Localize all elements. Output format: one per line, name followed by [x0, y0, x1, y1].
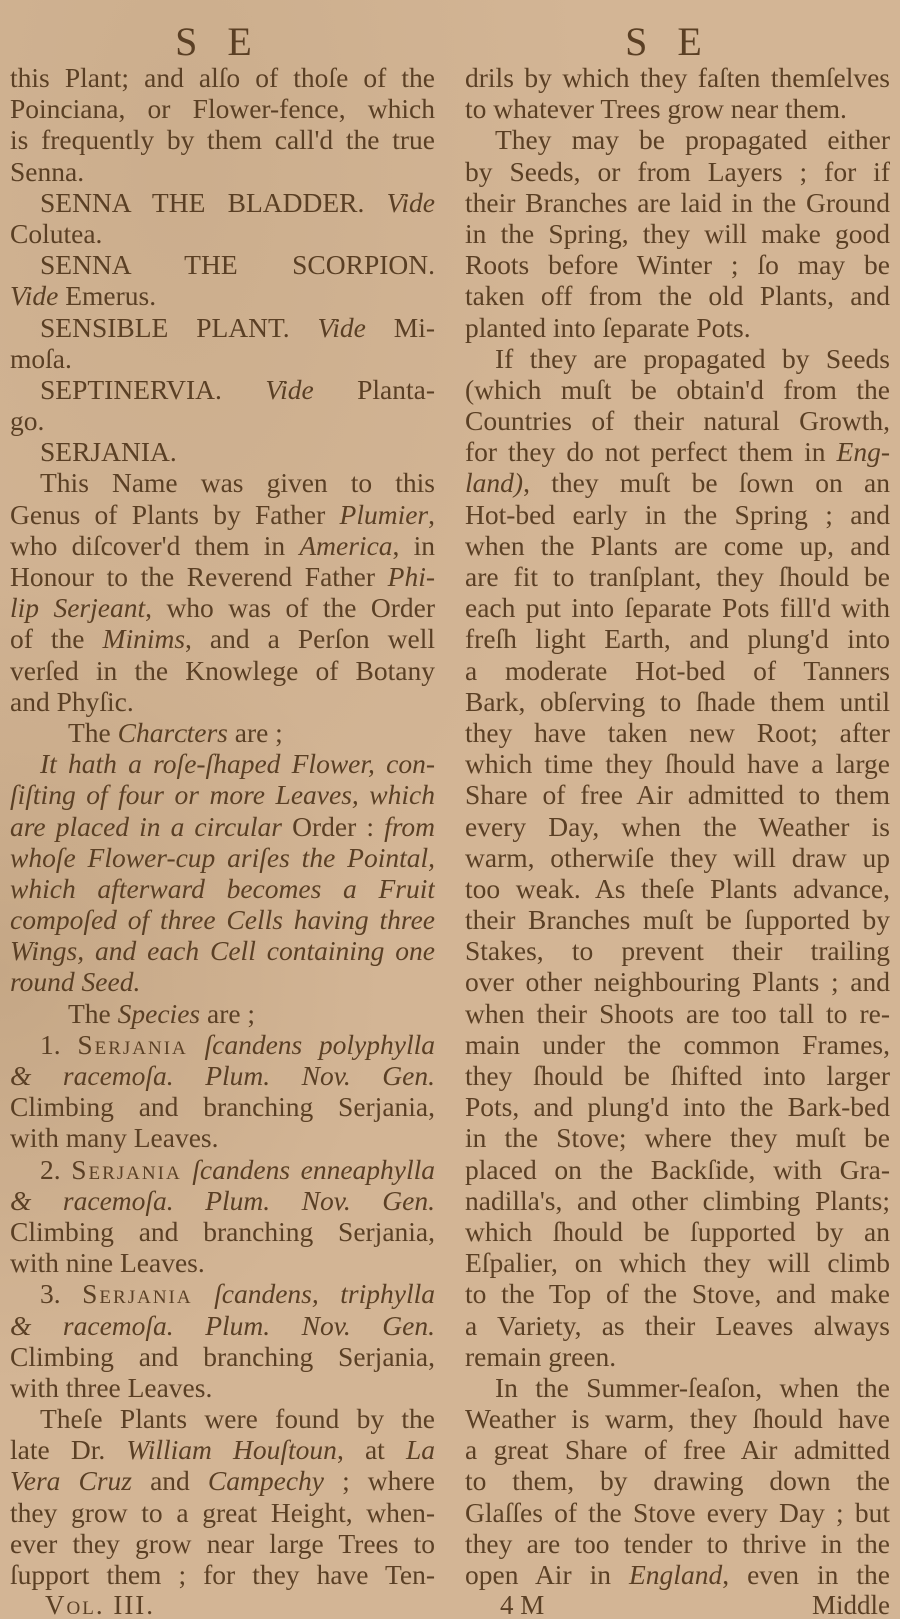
text-segment: is frequently by them call'd the true [10, 124, 435, 155]
italic-text: & racemoſa. Plum. Nov. Gen. [10, 1185, 435, 1216]
text-segment: this Plant; and alſo of thoſe of the [10, 62, 435, 93]
text-line: Vide Emerus. [10, 280, 435, 311]
text-line: which time they ſhould have a large [465, 748, 890, 779]
text-line: & racemoſa. Plum. Nov. Gen. [10, 1185, 435, 1216]
italic-text: La [406, 1434, 435, 1465]
italic-text: Campechy [208, 1465, 324, 1496]
text-segment: are ; [200, 998, 255, 1029]
text-segment: , and a Perſon well [185, 623, 435, 654]
left-running-head: S E [10, 0, 435, 62]
italic-text: William Houſtoun [126, 1434, 337, 1465]
text-segment: Stakes, to prevent their trailing [465, 935, 890, 966]
italic-text: Vide [387, 187, 435, 218]
text-segment: verſed in the Knowlege of Botany [10, 655, 435, 686]
text-segment: Serjania [77, 1029, 187, 1060]
text-segment: Theſe Plants were found by the [40, 1403, 435, 1434]
text-line: go. [10, 405, 435, 436]
text-line: & racemoſa. Plum. Nov. Gen. [10, 1060, 435, 1091]
text-line: Eſpalier, on which they will climb [465, 1247, 890, 1278]
italic-text: Vide [318, 312, 366, 343]
italic-text: America [299, 530, 392, 561]
text-line: nadilla's, and other climbing Plants; [465, 1185, 890, 1216]
text-segment: Pots, and plung'd into the Bark-bed [465, 1091, 890, 1122]
text-segment: The [68, 717, 118, 748]
text-segment: Honour to the Reverend Father [10, 561, 388, 592]
text-line: land), they muſt be ſown on an [465, 467, 890, 498]
text-segment: Emerus. [58, 280, 156, 311]
text-segment: and Phyſic. [10, 686, 134, 717]
italic-text: from [384, 811, 435, 842]
italic-text: Wings, and each Cell containing one [10, 935, 435, 966]
italic-text: Vide [265, 374, 313, 405]
italic-text: Vera Cruz [10, 1465, 132, 1496]
italic-text: are placed in a circular [10, 811, 282, 842]
text-segment: in the Stove; where they muſt be [465, 1122, 890, 1153]
text-segment: SENNA THE SCORPION. [40, 249, 435, 280]
text-line: their Branches are laid in the Ground [465, 187, 890, 218]
italic-text: land) [465, 467, 523, 498]
text-line: to whatever Trees grow near them. [465, 93, 890, 124]
text-line: Climbing and branching Serjania, [10, 1341, 435, 1372]
text-segment: a great Share of free Air admitted [465, 1434, 890, 1465]
text-line: this Plant; and alſo of thoſe of the [10, 62, 435, 93]
text-line: Bark, obſerving to ſhade them until [465, 686, 890, 717]
italic-text: & racemoſa. Plum. Nov. Gen. [10, 1310, 435, 1341]
text-segment: nadilla's, and other climbing Plants; [465, 1185, 890, 1216]
text-segment: over other neighbouring Plants ; and [465, 966, 890, 997]
italic-text: ſcandens enneaphylla [182, 1154, 435, 1185]
text-segment: which time they ſhould have a large [465, 748, 890, 779]
text-segment: 2. [40, 1154, 71, 1185]
italic-text: Plumier [340, 499, 429, 530]
text-line: to them, by drawing down the [465, 1465, 890, 1496]
text-line: SENSIBLE PLANT. Vide Mi- [10, 312, 435, 343]
text-line: Vera Cruz and Campechy ; where [10, 1465, 435, 1496]
text-segment: with nine Leaves. [10, 1247, 205, 1278]
text-segment: which ſhould be ſupported by an [465, 1216, 890, 1247]
text-segment: This Name was given to this [40, 467, 435, 498]
text-line: in the Spring, they will make good [465, 218, 890, 249]
text-segment: by Seeds, or from Layers ; for if [465, 156, 890, 187]
text-line: their Branches muſt be ſupported by [465, 904, 890, 935]
text-segment: If they are propagated by Seeds [495, 343, 890, 374]
text-segment: drils by which they faſten themſelves [465, 62, 890, 93]
text-segment: Genus of Plants by Father [10, 499, 340, 530]
text-line: is frequently by them call'd the true [10, 124, 435, 155]
text-line: with nine Leaves. [10, 1247, 435, 1278]
text-line: of the Minims, and a Perſon well [10, 623, 435, 654]
text-line: SENNA THE BLADDER. Vide [10, 187, 435, 218]
italic-text: ſcandens polyphylla [188, 1029, 435, 1060]
text-segment: their Branches are laid in the Ground [465, 187, 890, 218]
text-segment: 3. [40, 1278, 82, 1309]
text-line: Colutea. [10, 218, 435, 249]
italic-text: lip Serjeant [10, 592, 145, 623]
text-segment: SENSIBLE PLANT. [40, 312, 318, 343]
italic-text: Species [118, 998, 200, 1029]
text-segment: open Air in [465, 1559, 629, 1590]
text-segment: They may be propagated either [495, 124, 890, 155]
text-line: The Charᴄters are ; [10, 717, 435, 748]
text-line: Theſe Plants were found by the [10, 1403, 435, 1434]
italic-text: round Seed. [10, 966, 140, 997]
text-line: In the Summer-ſeaſon, when the [465, 1372, 890, 1403]
text-segment: Climbing and branching Serjania, [10, 1216, 435, 1247]
text-segment: they ſhould be ſhifted into larger [465, 1060, 890, 1091]
text-line: when their Shoots are too tall to re- [465, 998, 890, 1029]
text-segment: are fit to tranſplant, they ſhould be [465, 561, 890, 592]
text-segment: with three Leaves. [10, 1372, 212, 1403]
text-line: ſupport them ; for they have Ten- [10, 1559, 435, 1590]
text-segment: ; where [324, 1465, 435, 1496]
text-line: Stakes, to prevent their trailing [465, 935, 890, 966]
text-segment: and [132, 1465, 208, 1496]
italic-text: & racemoſa. Plum. Nov. Gen. [10, 1060, 435, 1091]
text-segment: Planta- [314, 374, 435, 405]
text-segment: go. [10, 405, 44, 436]
text-line: This Name was given to this [10, 467, 435, 498]
text-line: taken off from the old Plants, and [465, 280, 890, 311]
text-line: Climbing and branching Serjania, [10, 1091, 435, 1122]
italic-text: whoſe Flower-cup ariſes the Pointal, [10, 842, 435, 873]
text-line: they grow to a great Height, when- [10, 1497, 435, 1528]
text-line: It hath a roſe-ſhaped Flower, con- [10, 748, 435, 779]
text-line: every Day, when the Weather is [465, 811, 890, 842]
text-segment: they are too tender to thrive in the [465, 1528, 890, 1559]
text-line: a moderate Hot-bed of Tanners [465, 655, 890, 686]
text-line: main under the common Frames, [465, 1029, 890, 1060]
italic-text: ſiſting of four or more Leaves, which [10, 779, 435, 810]
text-line: SENNA THE SCORPION. [10, 249, 435, 280]
text-segment: 1. [40, 1029, 77, 1060]
left-footer: Vol. III. [10, 1590, 435, 1619]
text-line: when the Plants are come up, and [465, 530, 890, 561]
text-segment: for they do not perfect them in [465, 436, 837, 467]
text-segment: they have taken new Root; after [465, 717, 890, 748]
text-segment: when their Shoots are too tall to re- [465, 998, 890, 1029]
text-segment: to whatever Trees grow near them. [465, 93, 847, 124]
text-segment: warm, otherwiſe they will draw up [465, 842, 890, 873]
text-line: 3. Serjania ſcandens, triphylla [10, 1278, 435, 1309]
text-segment: SENNA THE BLADDER. [40, 187, 387, 218]
text-segment: ever they grow near large Trees to [10, 1528, 435, 1559]
text-segment: Mi- [366, 312, 435, 343]
text-segment: remain green. [465, 1341, 616, 1372]
text-segment: Eſpalier, on which they will climb [465, 1247, 890, 1278]
text-line: SERJANIA. [10, 436, 435, 467]
text-segment: In the Summer-ſeaſon, when the [495, 1372, 890, 1403]
text-line: SEPTINERVIA. Vide Planta- [10, 374, 435, 405]
text-segment: , even in the [722, 1559, 890, 1590]
text-segment: in the Spring, they will make good [465, 218, 890, 249]
text-line: 1. Serjania ſcandens polyphylla [10, 1029, 435, 1060]
text-line: Wings, and each Cell containing one [10, 935, 435, 966]
signature-mark: 4 M [500, 1590, 544, 1619]
right-column: S E drils by which they faſten themſelve… [465, 0, 890, 1619]
text-line: each put into ſeparate Pots fill'd with [465, 592, 890, 623]
text-line: They may be propagated either [465, 124, 890, 155]
text-line: lip Serjeant, who was of the Order [10, 592, 435, 623]
text-segment: Share of free Air admitted to them [465, 779, 890, 810]
text-segment: who diſcover'd them in [10, 530, 299, 561]
text-line: compoſed of three Cells having three [10, 904, 435, 935]
text-line: planted into ſeparate Pots. [465, 312, 890, 343]
text-line: (which muſt be obtain'd from the [465, 374, 890, 405]
text-line: placed on the Backſide, with Gra- [465, 1154, 890, 1185]
text-segment: Climbing and branching Serjania, [10, 1341, 435, 1372]
text-segment: (which muſt be obtain'd from the [465, 374, 890, 405]
text-segment: ſupport them ; for they have Ten- [10, 1559, 435, 1590]
text-segment: , who was of the Order [145, 592, 435, 623]
text-line: 2. Serjania ſcandens enneaphylla [10, 1154, 435, 1185]
text-segment: , at [337, 1434, 406, 1465]
text-segment: Colutea. [10, 218, 102, 249]
text-line: and Phyſic. [10, 686, 435, 717]
text-line: they have taken new Root; after [465, 717, 890, 748]
text-line: Share of free Air admitted to them [465, 779, 890, 810]
text-line: in the Stove; where they muſt be [465, 1122, 890, 1153]
volume-number: Vol. III. [45, 1590, 155, 1619]
left-column-text: this Plant; and alſo of thoſe of thePoin… [10, 62, 435, 1590]
italic-text: compoſed of three Cells having three [10, 904, 435, 935]
right-column-text: drils by which they faſten themſelvesto … [465, 62, 890, 1590]
text-line: over other neighbouring Plants ; and [465, 966, 890, 997]
text-segment: they grow to a great Height, when- [10, 1497, 435, 1528]
text-line: Countries of their natural Growth, [465, 405, 890, 436]
text-segment: with many Leaves. [10, 1122, 218, 1153]
text-line: verſed in the Knowlege of Botany [10, 655, 435, 686]
text-segment: Roots before Winter ; ſo may be [465, 249, 890, 280]
text-line: Pots, and plung'd into the Bark-bed [465, 1091, 890, 1122]
text-line: with many Leaves. [10, 1122, 435, 1153]
text-line: they ſhould be ſhifted into larger [465, 1060, 890, 1091]
text-segment: , they muſt be ſown on an [523, 467, 890, 498]
text-segment: Senna. [10, 156, 84, 187]
text-segment: too weak. As theſe Plants advance, [465, 873, 890, 904]
book-page: S E this Plant; and alſo of thoſe of the… [0, 0, 900, 1619]
text-line: Glaſſes of the Stove every Day ; but [465, 1497, 890, 1528]
text-line: a Variety, as their Leaves always [465, 1310, 890, 1341]
text-segment: each put into ſeparate Pots fill'd with [465, 592, 890, 623]
text-line: If they are propagated by Seeds [465, 343, 890, 374]
text-line: which ſhould be ſupported by an [465, 1216, 890, 1247]
text-segment: a moderate Hot-bed of Tanners [465, 655, 890, 686]
italic-text: It hath a roſe-ſhaped Flower, con- [40, 748, 435, 779]
text-line: remain green. [465, 1341, 890, 1372]
italic-text: Minims [103, 623, 186, 654]
text-line: Poinciana, or Flower-fence, which [10, 93, 435, 124]
text-line: a great Share of free Air admitted [465, 1434, 890, 1465]
text-line: ſiſting of four or more Leaves, which [10, 779, 435, 810]
text-line: who diſcover'd them in America, in [10, 530, 435, 561]
text-segment: Countries of their natural Growth, [465, 405, 890, 436]
text-line: moſa. [10, 343, 435, 374]
right-footer: 4 M Middle [465, 1590, 890, 1619]
catchword: Middle [812, 1590, 890, 1619]
text-line: Climbing and branching Serjania, [10, 1216, 435, 1247]
text-segment: every Day, when the Weather is [465, 811, 890, 842]
text-line: Weather is warm, they ſhould have [465, 1403, 890, 1434]
text-line: to the Top of the Stove, and make [465, 1278, 890, 1309]
text-line: they are too tender to thrive in the [465, 1528, 890, 1559]
text-line: with three Leaves. [10, 1372, 435, 1403]
text-line: by Seeds, or from Layers ; for if [465, 156, 890, 187]
text-line: Hot-bed early in the Spring ; and [465, 499, 890, 530]
text-segment: Climbing and branching Serjania, [10, 1091, 435, 1122]
italic-text: Eng- [837, 436, 890, 467]
text-segment: , [428, 499, 435, 530]
text-line: Roots before Winter ; ſo may be [465, 249, 890, 280]
text-segment: The [68, 998, 118, 1029]
text-segment: main under the common Frames, [465, 1029, 890, 1060]
text-line: Senna. [10, 156, 435, 187]
text-segment: planted into ſeparate Pots. [465, 312, 751, 343]
italic-text: England [629, 1559, 722, 1590]
text-line: Honour to the Reverend Father Phi- [10, 561, 435, 592]
text-segment: late Dr. [10, 1434, 126, 1465]
italic-text: which afterward becomes a Fruit [10, 873, 435, 904]
italic-text: Charᴄters [118, 717, 228, 748]
text-segment: Hot-bed early in the Spring ; and [465, 499, 890, 530]
text-segment: Serjania [82, 1278, 192, 1309]
text-segment: a Variety, as their Leaves always [465, 1310, 890, 1341]
text-line: are placed in a circular Order : from [10, 811, 435, 842]
text-line: are fit to tranſplant, they ſhould be [465, 561, 890, 592]
text-segment: Order : [282, 811, 384, 842]
text-segment: Poinciana, or Flower-fence, which [10, 93, 435, 124]
text-segment: SEPTINERVIA. [40, 374, 265, 405]
text-line: late Dr. William Houſtoun, at La [10, 1434, 435, 1465]
text-segment: their Branches muſt be ſupported by [465, 904, 890, 935]
text-segment: Glaſſes of the Stove every Day ; but [465, 1497, 890, 1528]
text-segment: placed on the Backſide, with Gra- [465, 1154, 890, 1185]
text-line: open Air in England, even in the [465, 1559, 890, 1590]
text-segment: taken off from the old Plants, and [465, 280, 890, 311]
text-segment: freſh light Earth, and plung'd into [465, 623, 890, 654]
text-line: freſh light Earth, and plung'd into [465, 623, 890, 654]
text-line: & racemoſa. Plum. Nov. Gen. [10, 1310, 435, 1341]
text-line: whoſe Flower-cup ariſes the Pointal, [10, 842, 435, 873]
right-running-head: S E [465, 0, 890, 62]
text-segment: when the Plants are come up, and [465, 530, 890, 561]
left-column: S E this Plant; and alſo of thoſe of the… [10, 0, 435, 1619]
text-segment: Bark, obſerving to ſhade them until [465, 686, 890, 717]
text-line: for they do not perfect them in Eng- [465, 436, 890, 467]
text-line: The Species are ; [10, 998, 435, 1029]
text-segment: to them, by drawing down the [465, 1465, 890, 1496]
text-line: which afterward becomes a Fruit [10, 873, 435, 904]
text-segment: , in [393, 530, 435, 561]
italic-text: Phi- [388, 561, 435, 592]
text-line: ever they grow near large Trees to [10, 1528, 435, 1559]
text-segment: SERJANIA. [40, 436, 177, 467]
text-line: too weak. As theſe Plants advance, [465, 873, 890, 904]
text-segment: Weather is warm, they ſhould have [465, 1403, 890, 1434]
text-line: Genus of Plants by Father Plumier, [10, 499, 435, 530]
text-segment: are ; [228, 717, 283, 748]
text-line: drils by which they faſten themſelves [465, 62, 890, 93]
text-segment: to the Top of the Stove, and make [465, 1278, 890, 1309]
text-line: round Seed. [10, 966, 435, 997]
text-segment: moſa. [10, 343, 72, 374]
italic-text: Vide [10, 280, 58, 311]
text-segment: of the [10, 623, 103, 654]
text-segment: Serjania [71, 1154, 181, 1185]
text-line: warm, otherwiſe they will draw up [465, 842, 890, 873]
italic-text: ſcandens, triphylla [193, 1278, 435, 1309]
